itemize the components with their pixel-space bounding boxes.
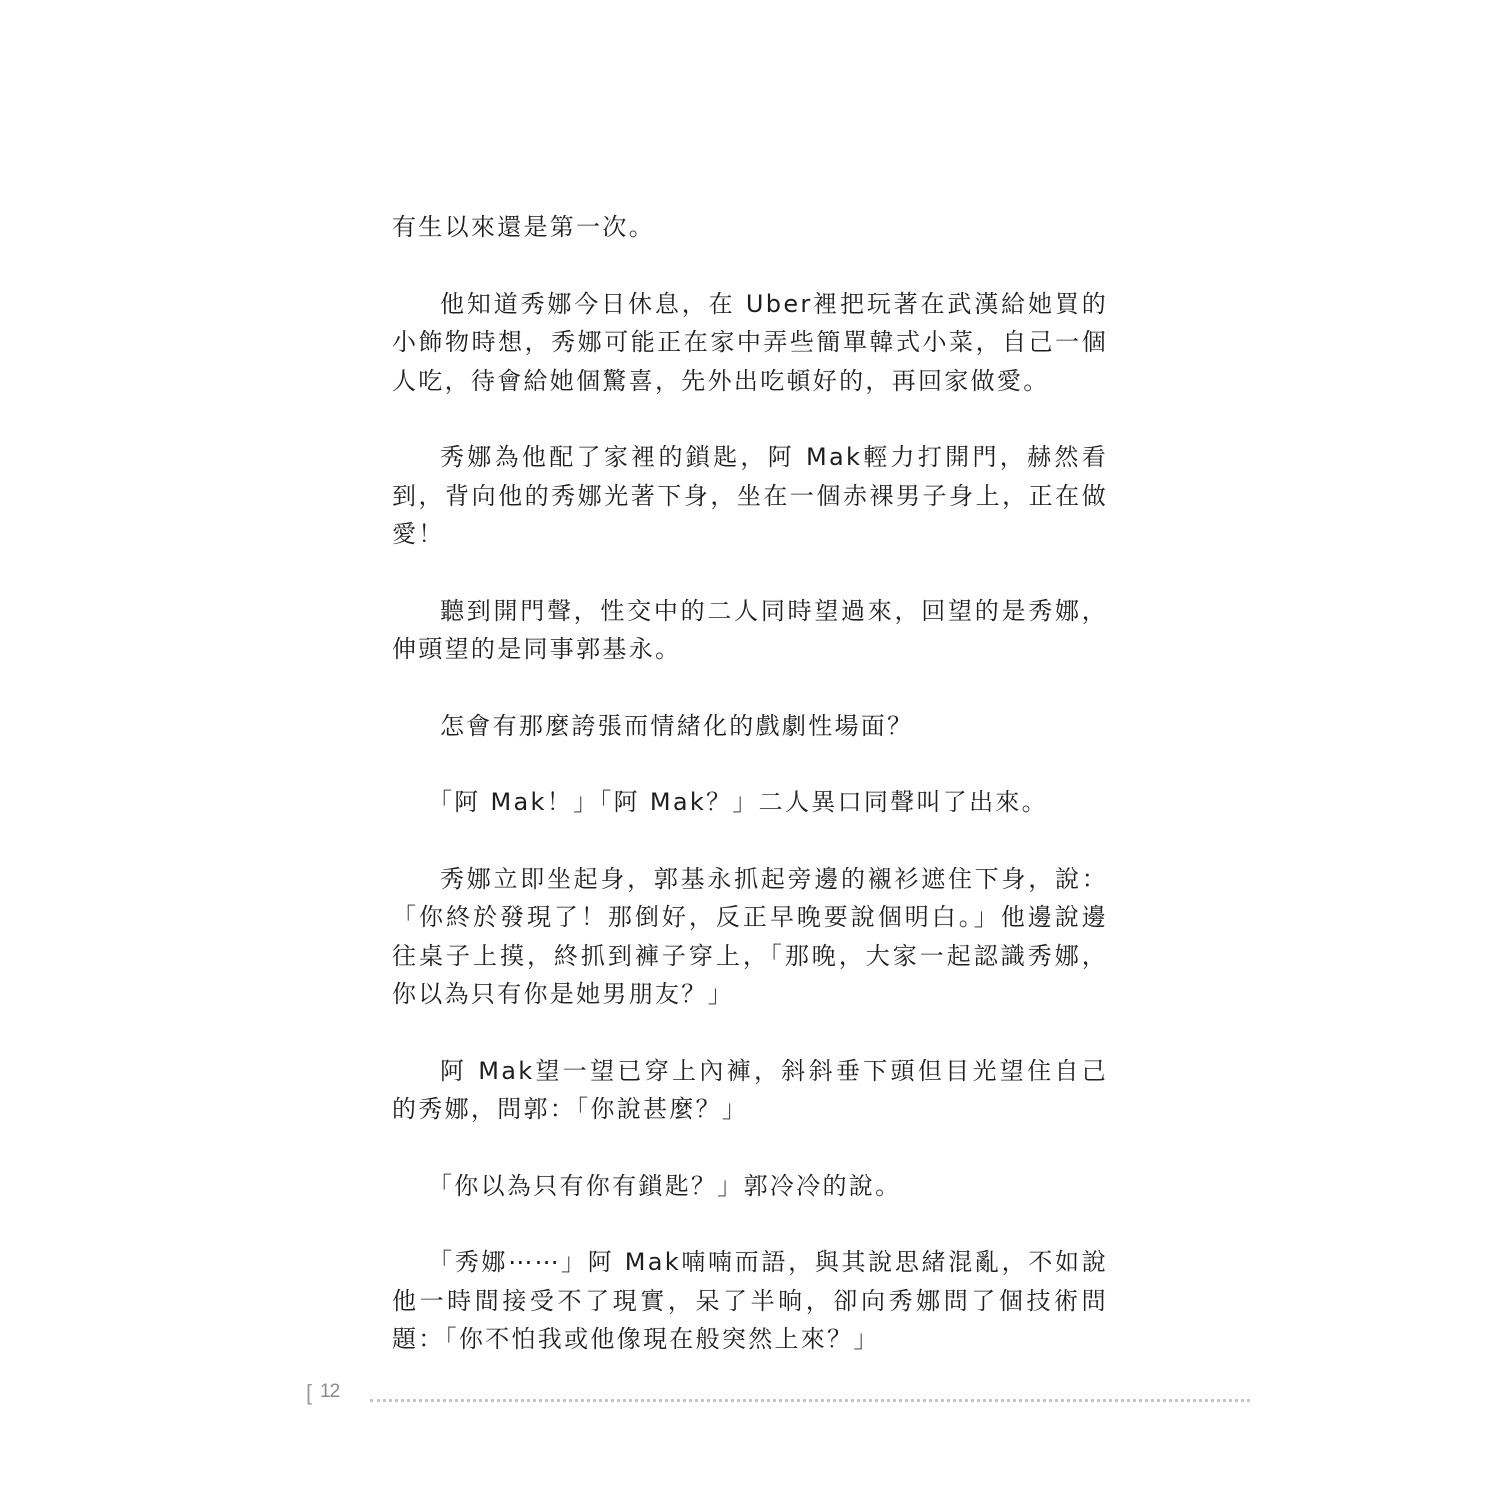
- page-footer: [ 12: [306, 1380, 1252, 1410]
- footer-dotted-rule: [370, 1399, 1250, 1402]
- paragraph: 怎會有那麼誇張而情緒化的戲劇性場面？: [392, 707, 1108, 746]
- page-number: 12: [320, 1381, 339, 1403]
- page-body: 有生以來還是第一次。 他知道秀娜今日休息，在 Uber裡把玩著在武漢給她買的小飾…: [392, 208, 1108, 1397]
- paragraph: 聽到開門聲，性交中的二人同時望過來，回望的是秀娜，伸頭望的是同事郭基永。: [392, 592, 1108, 669]
- paragraph: 「秀娜⋯⋯」阿 Mak喃喃而語，與其說思緒混亂，不如說他一時間接受不了現實，呆了…: [392, 1243, 1108, 1359]
- paragraph: 「阿 Mak！」「阿 Mak？」二人異口同聲叫了出來。: [392, 783, 1108, 822]
- page-number-bracket: [: [306, 1380, 312, 1406]
- paragraph: 秀娜為他配了家裡的鎖匙，阿 Mak輕力打開門，赫然看到，背向他的秀娜光著下身，坐…: [392, 438, 1108, 554]
- paragraph: 阿 Mak望一望已穿上內褲，斜斜垂下頭但目光望住自己的秀娜，問郭：「你說甚麼？」: [392, 1052, 1108, 1129]
- paragraph: 有生以來還是第一次。: [392, 208, 1108, 247]
- paragraph: 「你以為只有你有鎖匙？」郭冷冷的說。: [392, 1167, 1108, 1206]
- paragraph: 他知道秀娜今日休息，在 Uber裡把玩著在武漢給她買的小飾物時想，秀娜可能正在家…: [392, 285, 1108, 401]
- paragraph: 秀娜立即坐起身，郭基永抓起旁邊的襯衫遮住下身，說：「你終於發現了！那倒好，反正早…: [392, 860, 1108, 1014]
